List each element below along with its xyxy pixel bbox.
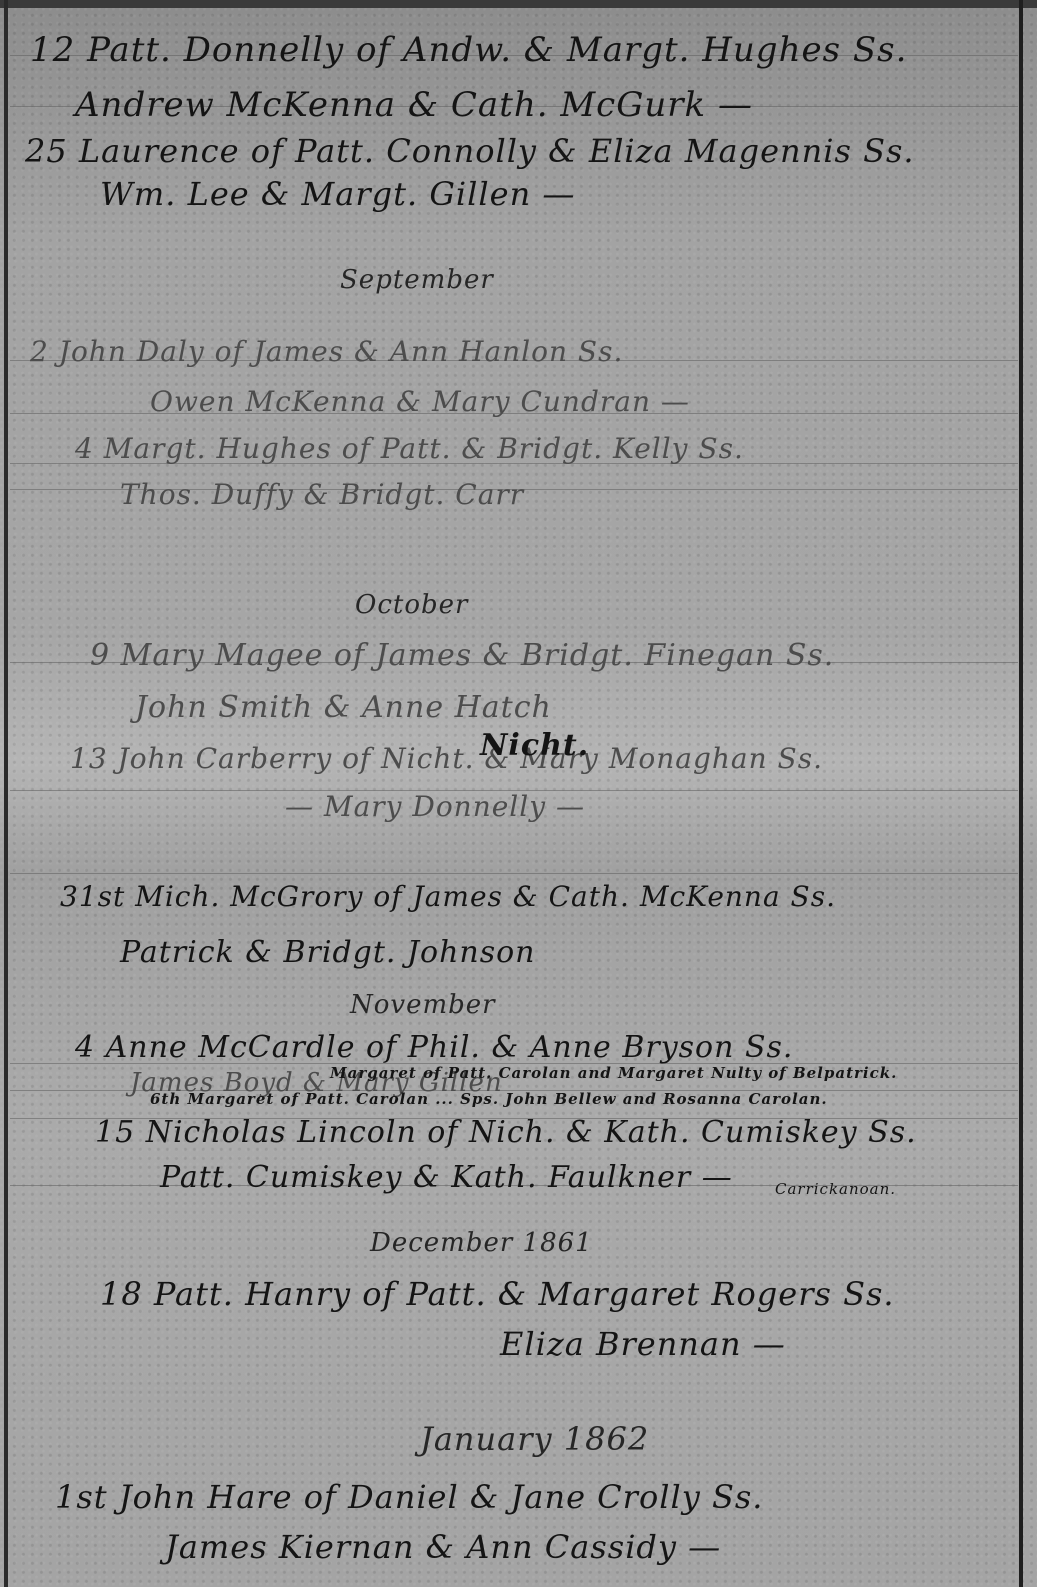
entry-line: Patrick & Bridgt. Johnson: [120, 935, 536, 970]
inserted-note: 6th Margaret of Patt. Carolan ... Sps. J…: [150, 1090, 828, 1108]
entry-line: John Smith & Anne Hatch: [135, 690, 552, 725]
right-margin-border: [1019, 0, 1023, 1587]
entry-line: Owen McKenna & Mary Cundran —: [150, 385, 690, 418]
entry-line: 25 Laurence of Patt. Connolly & Eliza Ma…: [25, 132, 915, 170]
entry-line: Patt. Cumiskey & Kath. Faulkner —: [160, 1160, 733, 1195]
entry-line: 31st Mich. McGrory of James & Cath. McKe…: [60, 880, 836, 913]
entry-line: 9 Mary Magee of James & Bridgt. Finegan …: [90, 638, 834, 673]
month-heading: November: [350, 990, 496, 1020]
townland-note: Carrickanoan.: [775, 1180, 896, 1198]
inserted-note: Margaret of Patt. Carolan and Margaret N…: [330, 1064, 897, 1082]
ruled-line: [10, 873, 1018, 874]
entry-line: 1st John Hare of Daniel & Jane Crolly Ss…: [55, 1478, 763, 1516]
register-page: 12 Patt. Donnelly of Andw. & Margt. Hugh…: [0, 0, 1037, 1587]
inserted-correction: Nicht.: [480, 728, 589, 763]
entry-line: Thos. Duffy & Bridgt. Carr: [120, 478, 524, 511]
month-heading: October: [355, 590, 468, 620]
entry-line: 18 Patt. Hanry of Patt. & Margaret Roger…: [100, 1275, 895, 1313]
entry-line: — Mary Donnelly —: [285, 790, 585, 823]
entry-line: 4 Anne McCardle of Phil. & Anne Bryson S…: [75, 1030, 793, 1065]
left-margin-border: [4, 0, 8, 1587]
entry-line: Wm. Lee & Margt. Gillen —: [100, 175, 575, 213]
entry-line: 13 John Carberry of Nicht. & Mary Monagh…: [70, 742, 823, 775]
entry-line: James Kiernan & Ann Cassidy —: [165, 1528, 721, 1566]
month-heading: December 1861: [370, 1228, 593, 1258]
entry-line: 12 Patt. Donnelly of Andw. & Margt. Hugh…: [30, 30, 907, 70]
entry-line: 2 John Daly of James & Ann Hanlon Ss.: [30, 335, 623, 368]
page-top-edge: [0, 0, 1037, 8]
entry-line: 15 Nicholas Lincoln of Nich. & Kath. Cum…: [95, 1115, 917, 1150]
month-heading: January 1862: [420, 1420, 649, 1458]
entry-line: Andrew McKenna & Cath. McGurk —: [75, 85, 753, 125]
entry-line: 4 Margt. Hughes of Patt. & Bridgt. Kelly…: [75, 432, 744, 465]
entry-line: Eliza Brennan —: [500, 1325, 786, 1363]
month-heading: September: [340, 265, 494, 295]
